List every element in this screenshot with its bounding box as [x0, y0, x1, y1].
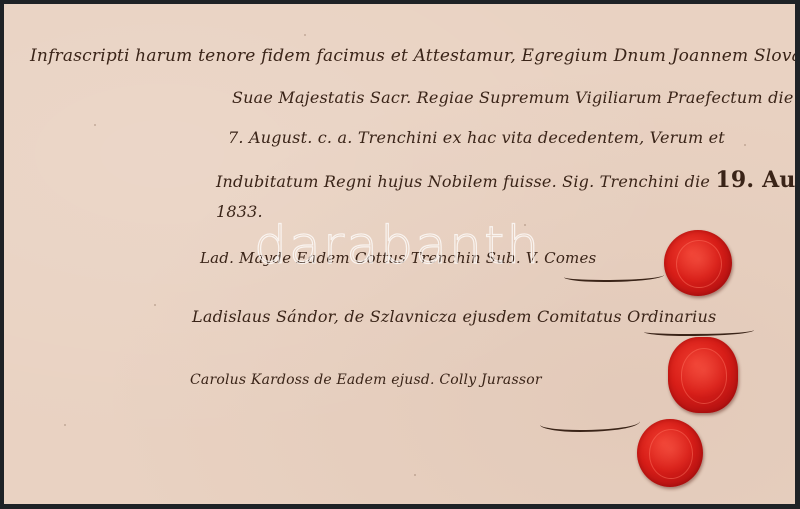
signature-flourish-2	[644, 326, 754, 336]
signature-2: Ladislaus Sándor, de Szlavnicza ejusdem …	[192, 307, 716, 326]
body-line-4: Indubitatum Regni hujus Nobilem fuisse. …	[216, 167, 795, 193]
signature-3: Carolus Kardoss de Eadem ejusd. Colly Ju…	[190, 372, 542, 388]
paper-speck	[744, 144, 746, 146]
paper-speck	[414, 474, 416, 476]
body-line-4-text: Indubitatum Regni hujus Nobilem fuisse. …	[216, 172, 710, 191]
seal-emblem	[676, 240, 722, 288]
wax-seal-2	[668, 337, 738, 413]
watermark: darabanth	[254, 216, 541, 276]
paper-speck	[524, 224, 526, 226]
paper-speck	[154, 304, 156, 306]
seal-emblem	[649, 429, 693, 479]
paper-speck	[304, 34, 306, 36]
body-line-2: Suae Majestatis Sacr. Regiae Supremum Vi…	[232, 88, 794, 107]
wax-seal-1	[664, 230, 732, 296]
signature-flourish-1	[564, 270, 664, 282]
body-line-1: Infrascripti harum tenore fidem facimus …	[30, 46, 795, 66]
date-emphasis: 19. Aug.	[715, 167, 795, 193]
paper-speck	[64, 424, 66, 426]
seal-emblem	[681, 348, 728, 403]
signature-1: Lad. Mayde Eadem Cottus Trenchin Sub. V.…	[200, 249, 596, 267]
document-paper: Infrascripti harum tenore fidem facimus …	[4, 4, 795, 504]
wax-seal-3	[637, 419, 703, 487]
body-line-3: 7. August. c. a. Trenchini ex hac vita d…	[228, 128, 725, 147]
paper-speck	[94, 124, 96, 126]
signature-flourish-3	[540, 414, 640, 432]
body-line-year: 1833.	[216, 202, 263, 221]
